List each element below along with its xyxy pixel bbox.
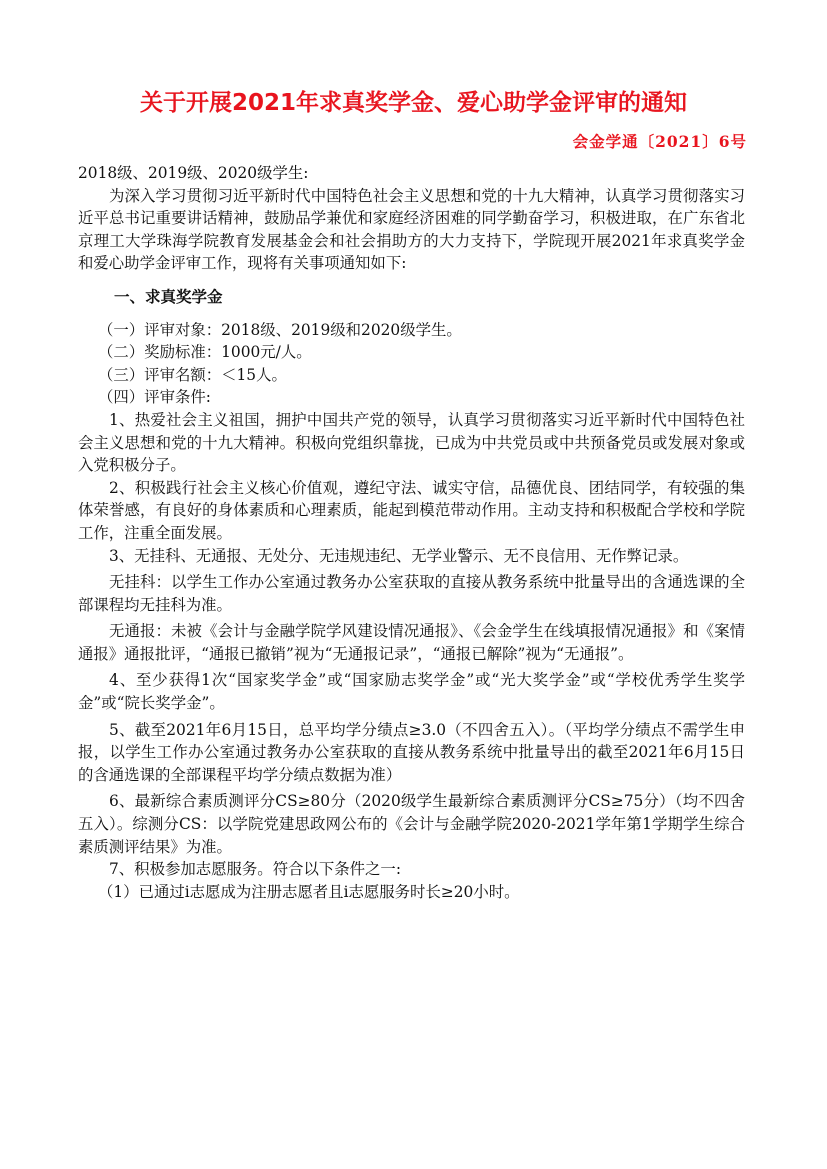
condition-paragraph: 无通报：未被《会计与金融学院学风建设情况通报》、《会金学生在线填报情况通报》和《…: [78, 620, 745, 665]
condition-paragraph: 无挂科：以学生工作办公室通过教务办公室获取的直接从教务系统中批量导出的含通选课的…: [78, 571, 745, 616]
section-heading: 一、求真奖学金: [78, 286, 745, 309]
criteria-item: （一）评审对象：2018级、2019级和2020级学生。: [78, 319, 745, 342]
condition-paragraph: 4、至少获得1次“国家奖学金”或“国家励志奖学金”或“光大奖学金”或“学校优秀学…: [78, 669, 745, 714]
sub-condition: （1）已通过i志愿成为注册志愿者且i志愿服务时长≥20小时。: [78, 881, 745, 904]
condition-paragraph: 1、热爱社会主义祖国，拥护中国共产党的领导，认真学习贯彻落实习近平新时代中国特色…: [78, 409, 745, 477]
document-number: 会金学通〔2021〕6号: [573, 130, 747, 152]
document-title: 关于开展2021年求真奖学金、爱心助学金评审的通知: [0, 84, 827, 117]
condition-paragraph: 7、积极参加志愿服务。符合以下条件之一:: [78, 858, 745, 881]
intro-paragraph: 为深入学习贯彻习近平新时代中国特色社会主义思想和党的十九大精神，认真学习贯彻落实…: [78, 185, 745, 275]
document-page: 关于开展2021年求真奖学金、爱心助学金评审的通知 会金学通〔2021〕6号 2…: [0, 0, 827, 1169]
criteria-item: （二）奖励标准：1000元/人。: [78, 341, 745, 364]
criteria-item: （三）评审名额：＜15人。: [78, 364, 745, 387]
condition-paragraph: 6、最新综合素质测评分CS≥80分（2020级学生最新综合素质测评分CS≥75分…: [78, 790, 745, 858]
condition-paragraph: 3、无挂科、无通报、无处分、无违规违纪、无学业警示、无不良信用、无作弊记录。: [78, 545, 745, 568]
condition-paragraph: 2、积极践行社会主义核心价值观，遵纪守法、诚实守信，品德优良、团结同学，有较强的…: [78, 477, 745, 545]
addressee: 2018级、2019级、2020级学生:: [78, 162, 745, 185]
criteria-item: （四）评审条件:: [78, 386, 745, 409]
condition-paragraph: 5、截至2021年6月15日，总平均学分绩点≥3.0（不四舍五入）。（平均学分绩…: [78, 719, 745, 787]
document-body: 2018级、2019级、2020级学生: 为深入学习贯彻习近平新时代中国特色社会…: [78, 162, 745, 903]
